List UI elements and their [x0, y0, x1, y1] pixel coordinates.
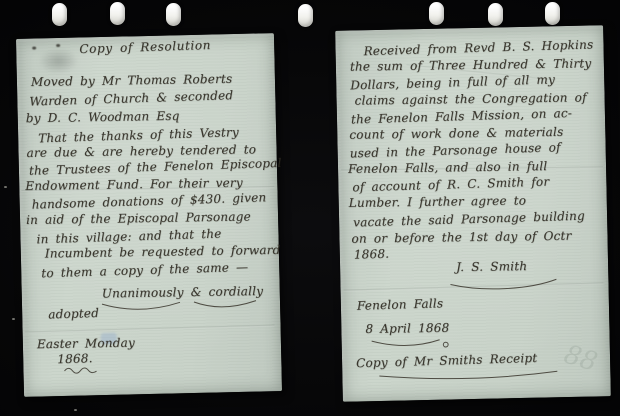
- manuscript-line: in aid of the Episcopal Parsonage: [26, 209, 251, 227]
- manuscript-line: 1868.: [354, 247, 390, 262]
- ink-flourish-caption-underline: [377, 369, 563, 385]
- manuscript-line: Lumber. I further agree to: [349, 194, 527, 210]
- receipt-document: 88 Received from Revd B. S. Hopkins the …: [335, 25, 611, 402]
- manuscript-line: Fenelon Falls, and also in full: [348, 159, 548, 176]
- manuscript-line: claims against the Congregation of: [355, 90, 587, 107]
- manuscript-line: count of work done & materials: [349, 125, 563, 142]
- manuscript-line: Easter Monday: [37, 336, 135, 352]
- binder-peg-icon: [429, 2, 444, 25]
- dust-speck: [74, 409, 77, 411]
- manuscript-line: Endowment Fund. For their very: [25, 176, 243, 193]
- manuscript-line: adopted: [48, 306, 99, 322]
- ink-flourish-underline: [100, 297, 264, 317]
- ink-flourish-squiggle: [63, 365, 99, 376]
- manuscript-line: Fenelon Falls: [357, 296, 444, 313]
- manuscript-line: on or before the 1st day of Octr: [351, 229, 571, 246]
- dust-speck: [12, 318, 15, 320]
- manuscript-line: 1868.: [57, 351, 93, 366]
- binder-peg-icon: [298, 4, 313, 27]
- binder-peg-icon: [488, 3, 503, 26]
- manuscript-line: vacate the said Parsonage building: [353, 209, 585, 230]
- manuscript-line: Moved by Mr Thomas Roberts: [31, 72, 233, 89]
- ink-flourish-signature: [448, 276, 560, 292]
- binder-peg-icon: [166, 3, 181, 26]
- paper-crease: [25, 325, 275, 334]
- photograph-background: Copy of Resolution Moved by Mr Thomas Ro…: [0, 0, 620, 416]
- manuscript-line: the sum of Three Hundred & Thirty: [350, 56, 592, 73]
- manuscript-line: Warden of Church & seconded: [29, 88, 233, 108]
- ink-flourish-date: [370, 336, 462, 352]
- manuscript-line: Received from Revd B. S. Hopkins: [363, 37, 593, 58]
- manuscript-line: of account of R. C. Smith for: [352, 175, 549, 195]
- document-caption: Copy of Mr Smiths Receipt: [356, 351, 538, 370]
- manuscript-line: handsome donations of $430. given: [32, 190, 267, 211]
- manuscript-line: the Fenelon Falls Mission, on ac-: [351, 106, 572, 127]
- manuscript-line: Incumbent be requested to forward: [45, 243, 281, 261]
- resolution-document: Copy of Resolution Moved by Mr Thomas Ro…: [16, 33, 282, 397]
- manuscript-line: to them a copy of the same —: [41, 260, 248, 280]
- faint-pencil-marking: 88: [560, 340, 600, 378]
- dust-speck: [4, 186, 7, 188]
- manuscript-line: 8 April 1868: [365, 321, 449, 336]
- manuscript-line: Dollars, being in full of all my: [350, 72, 555, 92]
- manuscript-line: by D. C. Woodman Esq: [26, 109, 180, 125]
- binder-peg-icon: [110, 2, 125, 25]
- binder-peg-icon: [52, 3, 67, 26]
- binder-peg-icon: [545, 2, 560, 25]
- document-title: Copy of Resolution: [16, 36, 274, 58]
- manuscript-line: used in the Parsonage house of: [350, 140, 561, 160]
- signature-line: J. S. Smith: [456, 259, 527, 274]
